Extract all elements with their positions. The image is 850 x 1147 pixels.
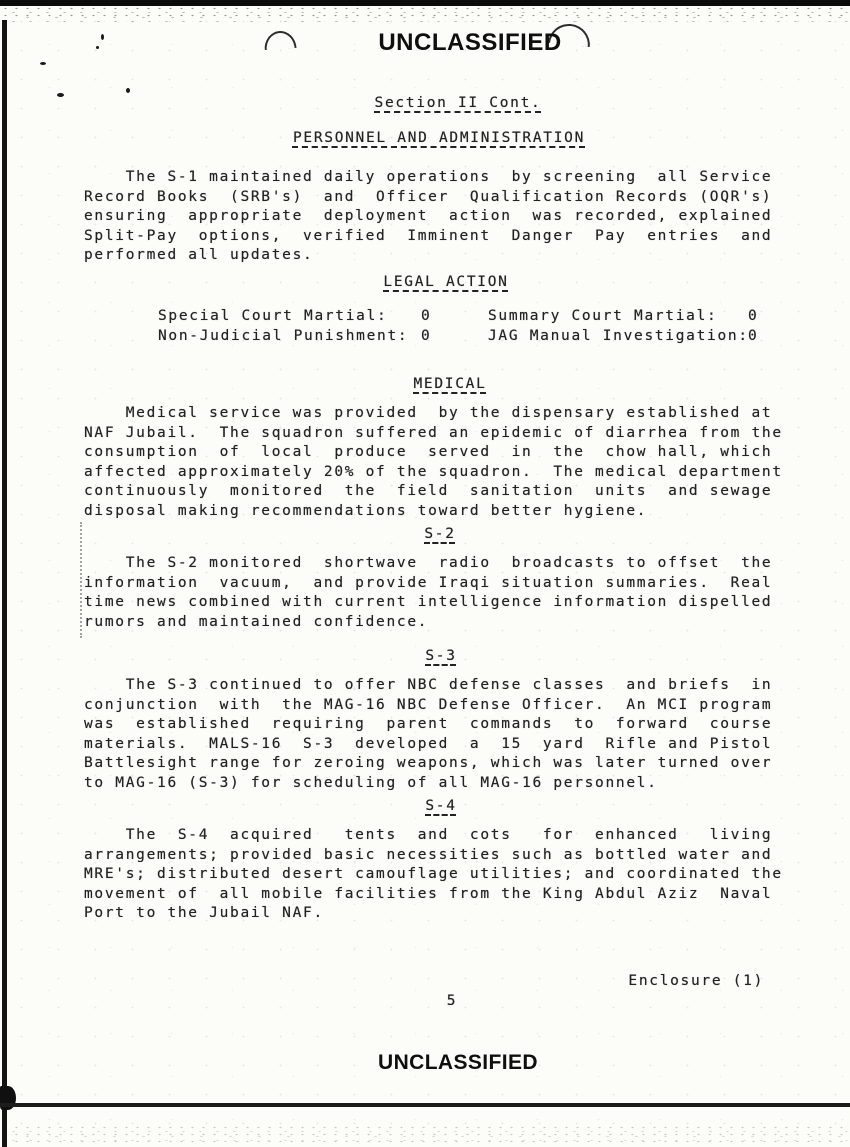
legal-stat-label: JAG Manual Investigation: [488, 327, 748, 347]
text-line: disposal making recommendations toward b… [84, 502, 783, 522]
page-number: 5 [27, 992, 850, 1012]
paragraph-medical: Medical service was provided by the disp… [84, 404, 783, 521]
text-line: performed all updates. [84, 246, 772, 266]
scan-speck [126, 88, 130, 93]
text-line: Port to the Jubail NAF. [84, 904, 783, 924]
legal-stat-value: 0 [421, 307, 488, 327]
scan-noise-bottom [0, 1124, 850, 1147]
text-line: was established requiring parent command… [84, 715, 772, 735]
legal-stat-label: Summary Court Martial: [488, 307, 748, 327]
legal-stat-value: 0 [748, 327, 758, 347]
enclosure-label: Enclosure (1) [628, 972, 764, 992]
text-line: consumption of local produce served in t… [84, 443, 783, 463]
classification-banner-bottom: UNCLASSIFIED [33, 1051, 850, 1075]
text-line: arrangements; provided basic necessities… [84, 846, 783, 866]
text-line: conjunction with the MAG-16 NBC Defense … [84, 696, 772, 716]
heading-medical: MEDICAL [25, 375, 850, 395]
text-line: Medical service was provided by the disp… [84, 404, 783, 424]
heading-s4: S-4 [16, 797, 850, 817]
scan-edge-left [2, 20, 7, 1147]
heading-legal-action: LEGAL ACTION [21, 273, 850, 293]
paragraph-s3: The S-3 continued to offer NBC defense c… [84, 676, 772, 793]
text-line: The S-4 acquired tents and cots for enha… [84, 826, 783, 846]
legal-stat-value: 0 [748, 307, 758, 327]
scan-rule-bottom [0, 1103, 850, 1107]
text-line: rumors and maintained confidence. [84, 613, 772, 633]
text-line: NAF Jubail. The squadron suffered an epi… [84, 424, 783, 444]
text-line: movement of all mobile facilities from t… [84, 885, 783, 905]
scan-noise-top [0, 5, 850, 22]
scanned-document-page: UNCLASSIFIED Section II Cont. PERSONNEL … [0, 0, 850, 1147]
scan-speck [40, 62, 46, 65]
legal-stat-label: Non-Judicial Punishment: [158, 327, 421, 347]
text-line: affected approximately 20% of the squadr… [84, 463, 783, 483]
text-line: continuously monitored the field sanitat… [84, 482, 783, 502]
text-line: Record Books (SRB's) and Officer Qualifi… [84, 188, 772, 208]
text-line: materials. MALS-16 S-3 developed a 15 ya… [84, 735, 772, 755]
heading-personnel-and-administration: PERSONNEL AND ADMINISTRATION [14, 129, 850, 149]
section-title: Section II Cont. [33, 94, 850, 114]
text-line: Battlesight range for zeroing weapons, w… [84, 754, 772, 774]
text-line: The S-2 monitored shortwave radio broadc… [84, 554, 772, 574]
text-line: The S-3 continued to offer NBC defense c… [84, 676, 772, 696]
text-line: Split-Pay options, verified Imminent Dan… [84, 227, 772, 247]
heading-s3: S-3 [16, 647, 850, 667]
text-line: The S-1 maintained daily operations by s… [84, 168, 772, 188]
paragraph-s4: The S-4 acquired tents and cots for enha… [84, 826, 783, 924]
text-line: information vacuum, and provide Iraqi si… [84, 574, 772, 594]
legal-stat-label: Special Court Martial: [158, 307, 421, 327]
text-line: ensuring appropriate deployment action w… [84, 207, 772, 227]
legal-action-table: Special Court Martial: 0 Summary Court M… [158, 307, 758, 346]
heading-s2: S-2 [15, 525, 850, 545]
text-line: time news combined with current intellig… [84, 593, 772, 613]
text-line: to MAG-16 (S-3) for scheduling of all MA… [84, 774, 772, 794]
text-line: MRE's; distributed desert camouflage uti… [84, 865, 783, 885]
paragraph-s2: The S-2 monitored shortwave radio broadc… [84, 554, 772, 632]
classification-banner-top: UNCLASSIFIED [45, 29, 850, 57]
legal-stat-value: 0 [421, 327, 488, 347]
paragraph-personnel: The S-1 maintained daily operations by s… [84, 168, 772, 266]
